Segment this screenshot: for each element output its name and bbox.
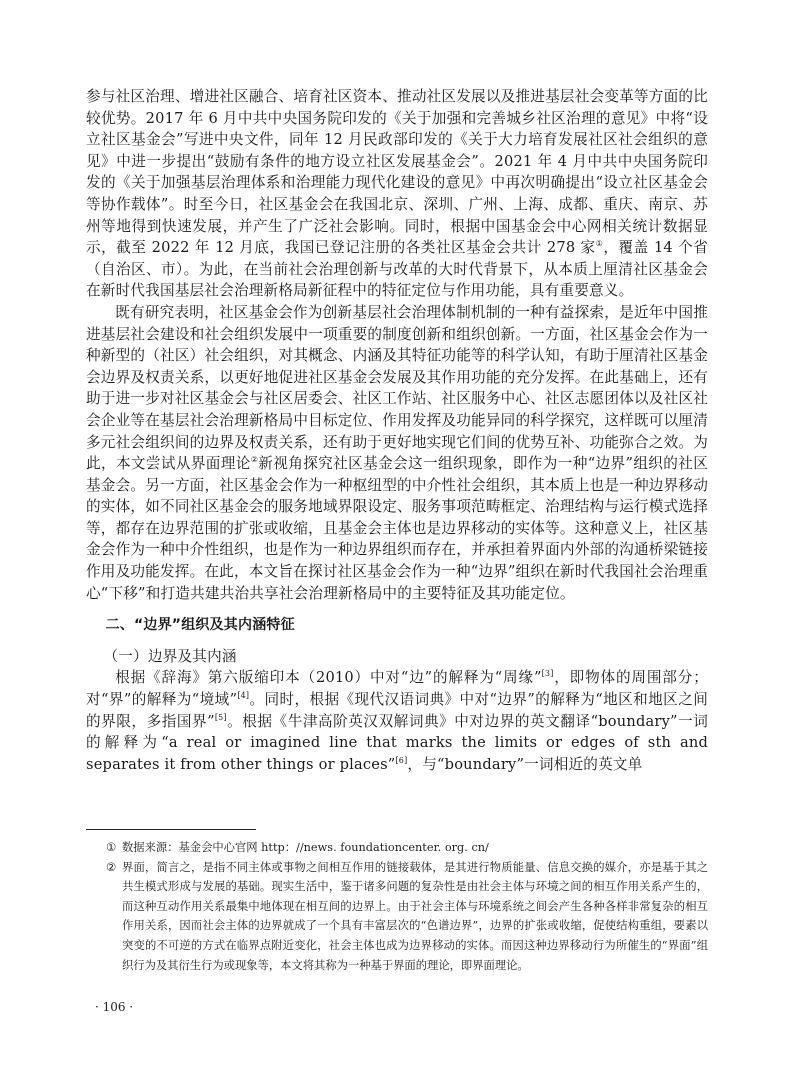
paragraph-text: ，与“boundary”一词相近的英文单 xyxy=(407,756,642,773)
citation-ref-5[interactable]: [5] xyxy=(215,713,227,722)
paragraph-3: 根据《辞海》第六版缩印本（2010）中对“边”的解释为“周缘”[3]，即物体的周… xyxy=(86,667,708,775)
citation-ref-6[interactable]: [6] xyxy=(395,756,407,765)
paragraph-text: 参与社区治理、增进社区融合、培育社区资本、推动社区发展以及推进基层社会变革等方面… xyxy=(86,88,708,256)
citation-ref-4[interactable]: [4] xyxy=(237,691,249,700)
paragraph-text: 既有研究表明，社区基金会作为创新基层社会治理体制机制的一种有益探索，是近年中国推… xyxy=(86,304,708,472)
footnote-text: 数据来源：基金会中心官网 http：//news. foundationcent… xyxy=(122,838,708,858)
page-number: · 106 · xyxy=(95,1000,133,1014)
footnote-marker: ① xyxy=(106,838,122,858)
page-body: 参与社区治理、增进社区融合、培育社区资本、推动社区发展以及推进基层社会变革等方面… xyxy=(86,86,708,775)
citation-ref-3[interactable]: [3] xyxy=(542,669,554,678)
footnotes: ① 数据来源：基金会中心官网 http：//news. foundationce… xyxy=(86,838,708,975)
footnote-marker: ② xyxy=(106,858,122,976)
section-heading: 二、“边界”组织及其内涵特征 xyxy=(86,615,708,637)
paragraph-2: 既有研究表明，社区基金会作为创新基层社会治理体制机制的一种有益探索，是近年中国推… xyxy=(86,302,708,604)
subsection-heading: （一）边界及其内涵 xyxy=(86,646,708,668)
paragraph-text: 新视角探究社区基金会这一组织现象，即作为一种“边界”组织的社区基金会。另一方面，… xyxy=(86,455,708,602)
footnote-text: 界面，简言之，是指不同主体或事物之间相互作用的链接载体，是其进行物质能量、信息交… xyxy=(122,858,708,976)
paragraph-1: 参与社区治理、增进社区融合、培育社区资本、推动社区发展以及推进基层社会变革等方面… xyxy=(86,86,708,302)
paragraph-text: 根据《辞海》第六版缩印本（2010）中对“边”的解释为“周缘” xyxy=(115,669,541,686)
footnote-1: ① 数据来源：基金会中心官网 http：//news. foundationce… xyxy=(86,838,708,858)
footnote-divider xyxy=(86,829,256,830)
footnote-2: ② 界面，简言之，是指不同主体或事物之间相互作用的链接载体，是其进行物质能量、信… xyxy=(86,858,708,976)
main-text: 参与社区治理、增进社区融合、培育社区资本、推动社区发展以及推进基层社会变革等方面… xyxy=(86,86,708,775)
